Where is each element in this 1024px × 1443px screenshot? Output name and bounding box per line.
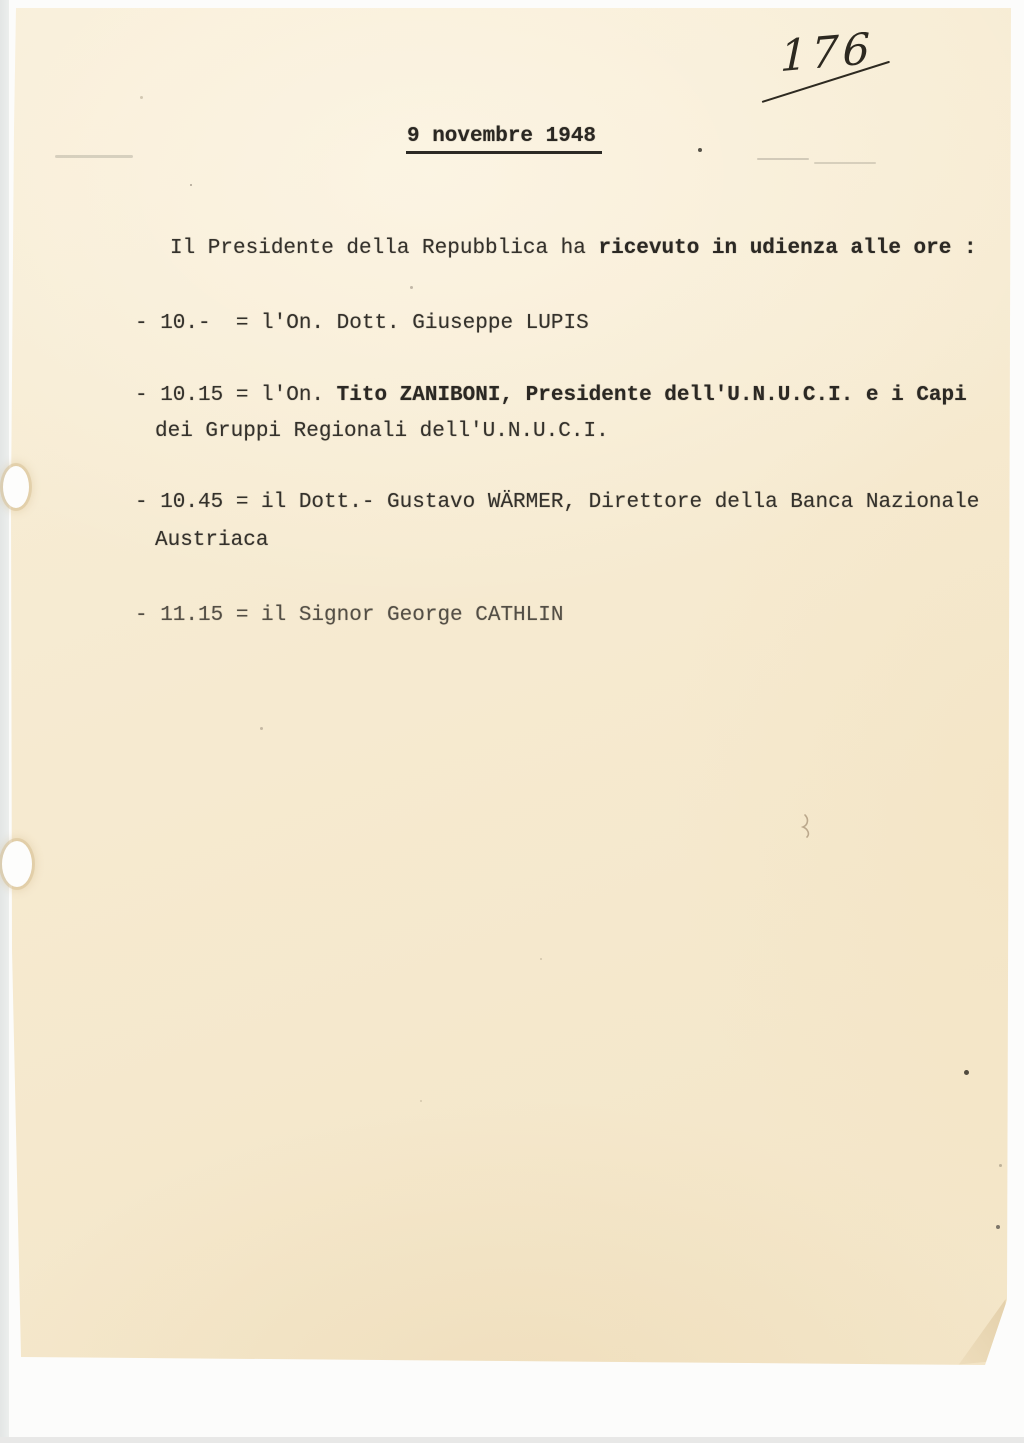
text-segment: - 10.15 = l'On. — [135, 384, 337, 407]
ink-speck — [999, 1164, 1002, 1167]
audience-entry-10-15-line-2: dei Gruppi Regionali dell'U.N.U.C.I. — [155, 421, 609, 443]
audience-entry-10-15-line-1: - 10.15 = l'On. Tito ZANIBONI, President… — [135, 385, 967, 407]
ink-speck — [698, 148, 702, 152]
audience-entry-10-45-line-1: - 10.45 = il Dott.- Gustavo WÄRMER, Dire… — [135, 492, 979, 514]
audience-entry-10-45-line-2: Austriaca — [155, 530, 268, 552]
intro-line: Il Presidente della Repubblica ha ricevu… — [170, 238, 977, 260]
handwritten-page-number: 176 — [780, 24, 875, 82]
paper-sheet: 9 novembre 1948 Il Presidente della Repu… — [0, 0, 1024, 1443]
text-segment: - 10.- = l'On. Dott. Giuseppe LUPIS — [135, 312, 589, 335]
ink-speck — [190, 184, 192, 186]
ink-speck — [540, 958, 542, 960]
ink-speck — [140, 96, 143, 99]
pencil-smudge — [757, 158, 809, 160]
pencil-smudge — [814, 162, 876, 164]
ink-speck — [410, 286, 413, 289]
paper-edge-notch — [3, 466, 29, 508]
pencil-squiggle — [795, 813, 817, 839]
scan-left-edge — [0, 0, 9, 1443]
text-segment: Tito ZANIBONI, Presidente dell'U.N.U.C.I… — [337, 384, 967, 407]
date-title: 9 novembre 1948 — [406, 126, 602, 154]
folded-corner — [948, 1290, 1008, 1366]
paper-edge-notch — [2, 841, 32, 887]
pencil-smudge — [55, 155, 133, 158]
ink-speck — [260, 727, 263, 730]
ink-speck — [964, 1070, 969, 1075]
text-segment: - 11.15 = il Signor George CATHLIN — [135, 604, 563, 627]
text-segment: - 10.45 = il Dott.- Gustavo WÄRMER, Dire… — [135, 491, 979, 514]
text-segment: ricevuto in udienza alle ore : — [598, 237, 976, 260]
audience-entry-11-15: - 11.15 = il Signor George CATHLIN — [135, 605, 563, 627]
text-segment: Austriaca — [155, 529, 268, 552]
ink-speck — [420, 1100, 422, 1102]
scan-bottom-edge — [0, 1437, 1024, 1443]
audience-entry-10-00: - 10.- = l'On. Dott. Giuseppe LUPIS — [135, 313, 589, 335]
scanned-document-page: 9 novembre 1948 Il Presidente della Repu… — [0, 0, 1024, 1443]
text-segment: dei Gruppi Regionali dell'U.N.U.C.I. — [155, 420, 609, 443]
text-segment: Il Presidente della Repubblica ha — [170, 237, 598, 260]
ink-speck — [996, 1225, 1000, 1229]
